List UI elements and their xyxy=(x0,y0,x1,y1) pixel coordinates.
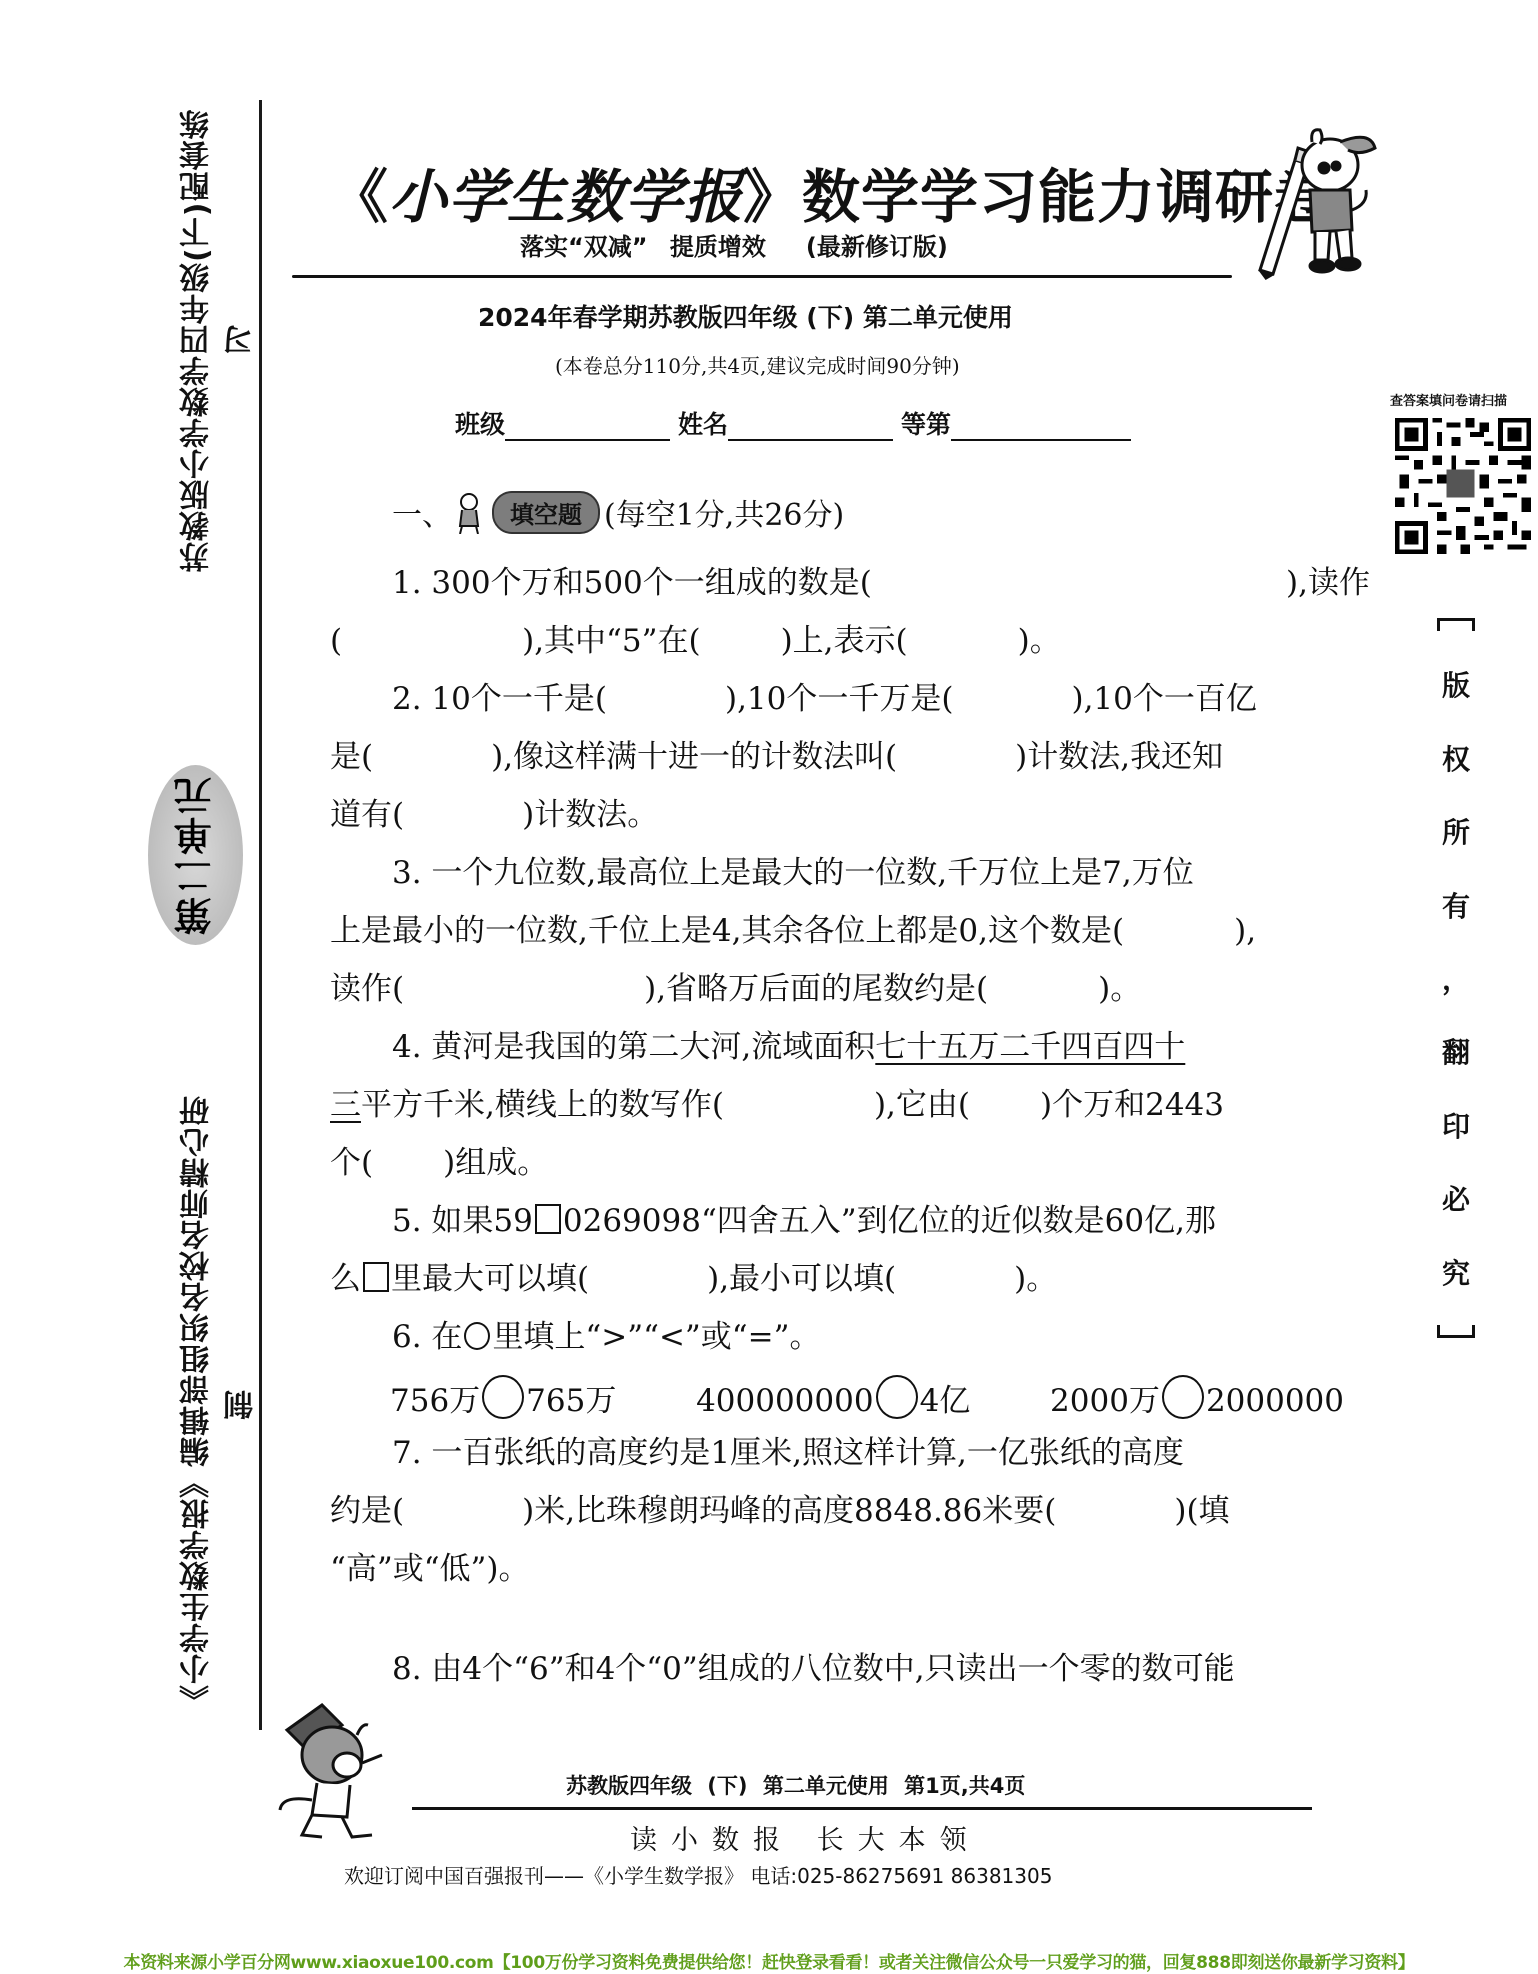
compare-right: 2000000 xyxy=(1206,1383,1344,1419)
digit-box-reference xyxy=(363,1262,389,1292)
question-7-line-3: “高”或“低”)。 xyxy=(330,1549,1370,1589)
publisher-label-vertical: 《小学生数学报》编辑部组织名校名师精心研制 xyxy=(176,1085,264,1725)
copyright-char: ， xyxy=(1442,958,1470,998)
section-mascot-icon xyxy=(452,490,486,534)
field-grade-label: 等第 xyxy=(901,405,951,441)
field-name-input[interactable] xyxy=(728,411,893,441)
unit-badge: 第二单元 xyxy=(148,765,243,945)
q2-text: )计数法,我还知 xyxy=(1015,739,1223,775)
title-brand: 小学生数学报 xyxy=(389,163,743,231)
revision-label: (最新修订版) xyxy=(806,233,948,261)
copyright-char: 版 xyxy=(1442,664,1470,704)
question-4-line-3: 个()组成。 xyxy=(330,1143,1370,1183)
q5-text: ),最小可以填( xyxy=(707,1261,896,1297)
copyright-char: 有 xyxy=(1442,885,1470,925)
title-close-bracket: 》 xyxy=(743,163,802,231)
semester-info: 2024年春学期苏教版四年级 (下) 第二单元使用 xyxy=(478,298,1013,334)
exam-note: (本卷总分110分,共4页,建议完成时间90分钟) xyxy=(555,350,960,379)
source-watermark: 本资料来源小学百分网www.xiaoxue100.com【100万份学习资料免费… xyxy=(0,1948,1538,1973)
question-6-line-1: 6. 在里填上“>”“<”或“=”。 xyxy=(392,1317,1370,1357)
q7-text: )(填 xyxy=(1174,1493,1229,1529)
q1-text: )上,表示( xyxy=(781,623,908,659)
q3-text: )。 xyxy=(1098,971,1141,1007)
qr-code-icon[interactable] xyxy=(1395,416,1531,556)
question-1-line-2: (),其中“5”在()上,表示()。 xyxy=(330,621,1370,661)
footer-page-info: 苏教版四年级 (下) 第二单元使用 第1页,共4页 xyxy=(566,1770,1025,1800)
copyright-char: 必 xyxy=(1442,1178,1470,1218)
section-scoring: (每空1分,共26分) xyxy=(604,490,844,534)
q6-text: 里填上“>”“<”或“=”。 xyxy=(492,1319,820,1355)
question-2-line-2: 是(),像这样满十进一的计数法叫()计数法,我还知 xyxy=(330,737,1370,777)
field-class-input[interactable] xyxy=(505,411,670,441)
circle-icon xyxy=(464,1322,490,1350)
compare-circle-input[interactable] xyxy=(482,1375,524,1419)
q1-text: ),读作 xyxy=(1286,563,1370,603)
q6-text: 6. 在 xyxy=(392,1319,462,1355)
q7-text: 约是( xyxy=(330,1493,404,1529)
q4-text: 4. 黄河是我国的第二大河,流域面积 xyxy=(392,1029,875,1065)
question-2-line-3: 道有()计数法。 xyxy=(330,795,1370,835)
q4-underlined-number: 七十五万二千四百四十 xyxy=(875,1029,1185,1065)
q3-text: 读作( xyxy=(330,971,404,1007)
compare-left: 756万 xyxy=(390,1383,480,1419)
mascot-pencil-icon xyxy=(1240,120,1380,280)
bracket-bottom xyxy=(1437,1325,1475,1338)
q5-text: 里最大可以填( xyxy=(391,1261,589,1297)
comparison-pair: 4000000004亿 xyxy=(696,1383,980,1419)
q5-text: 5. 如果59 xyxy=(392,1203,533,1239)
q7-text: “高”或“低”)。 xyxy=(330,1551,530,1587)
bracket-top xyxy=(1437,618,1475,631)
field-name-label: 姓名 xyxy=(678,405,728,441)
q5-text: 0269098“四舍五入”到亿位的近似数是60亿,那 xyxy=(563,1203,1216,1239)
q3-text: ),省略万后面的尾数约是( xyxy=(644,971,988,1007)
section-heading: 一、 填空题 (每空1分,共26分) xyxy=(392,490,844,534)
margin-divider xyxy=(259,100,262,1730)
q3-text: 3. 一个九位数,最高位上是最大的一位数,千万位上是7,万位 xyxy=(392,855,1194,891)
copyright-char: 所 xyxy=(1442,811,1470,851)
header-divider xyxy=(292,275,1232,278)
subscribe-info: 欢迎订阅中国百强报刊——《小学生数学报》 电话:025-86275691 863… xyxy=(344,1860,1052,1889)
subtitle-slogan: 落实“双减” 提质增效 xyxy=(520,233,766,261)
q2-text: )计数法。 xyxy=(522,797,658,833)
question-3-line-2: 上是最小的一位数,千位上是4,其余各位上都是0,这个数是(), xyxy=(330,911,1370,951)
digit-box[interactable] xyxy=(535,1204,561,1234)
qr-label: 查答案填问卷请扫描 xyxy=(1390,390,1507,409)
q2-text: 是( xyxy=(330,739,373,775)
compare-circle-input[interactable] xyxy=(1162,1375,1204,1419)
q7-text: 7. 一百张纸的高度约是1厘米,照这样计算,一亿张纸的高度 xyxy=(392,1435,1184,1471)
q3-text: ), xyxy=(1234,913,1256,949)
compare-circle-input[interactable] xyxy=(876,1375,918,1419)
q2-text: ),10个一百亿 xyxy=(1071,681,1256,717)
title-open-bracket: 《 xyxy=(330,163,389,231)
q2-text: 2. 10个一千是( xyxy=(392,681,607,717)
section-number: 一、 xyxy=(392,490,452,534)
q5-text: 么 xyxy=(330,1261,361,1297)
q4-text: 个( xyxy=(330,1145,373,1181)
question-5-line-2: 么里最大可以填(),最小可以填()。 xyxy=(330,1259,1370,1299)
copyright-notice: 版 权 所 有 ， 翻 印 必 究 xyxy=(1438,618,1474,1338)
q2-text: 道有( xyxy=(330,797,404,833)
footer-divider xyxy=(412,1807,1312,1810)
q5-text: )。 xyxy=(1014,1261,1057,1297)
question-2-line-1: 2. 10个一千是(),10个一千万是(),10个一百亿 xyxy=(392,679,1370,719)
student-info-fields: 班级 姓名 等第 xyxy=(455,405,1139,441)
question-7-line-2: 约是()米,比珠穆朗玛峰的高度8848.86米要()(填 xyxy=(330,1491,1370,1531)
q8-text: 8. 由4个“6”和4个“0”组成的八位数中,只读出一个零的数可能 xyxy=(392,1651,1235,1687)
section-badge: 填空题 xyxy=(492,491,600,534)
question-8-line-1: 8. 由4个“6”和4个“0”组成的八位数中,只读出一个零的数可能 xyxy=(392,1649,1370,1689)
mascot-cat-icon xyxy=(262,1695,392,1845)
q7-text: )米,比珠穆朗玛峰的高度8848.86米要( xyxy=(522,1493,1056,1529)
q4-text: 平方千米,横线上的数写作( xyxy=(361,1087,724,1123)
question-1-line-1: 1. 300个万和500个一组成的数是( ),读作 xyxy=(392,563,1370,603)
copyright-char: 翻 xyxy=(1442,1031,1470,1071)
question-3-line-3: 读作(),省略万后面的尾数约是()。 xyxy=(330,969,1370,1009)
series-label-vertical: 苏教版小学数学四年级(下)配套练习 xyxy=(176,100,264,580)
q1-text: 1. 300个万和500个一组成的数是( xyxy=(392,563,872,603)
compare-left: 2000万 xyxy=(1050,1383,1160,1419)
q4-underlined-number: 三 xyxy=(330,1087,361,1123)
copyright-char: 印 xyxy=(1442,1105,1470,1145)
unit-badge-label: 第二单元 xyxy=(168,775,223,935)
field-grade-input[interactable] xyxy=(951,411,1131,441)
q3-text: 上是最小的一位数,千位上是4,其余各位上都是0,这个数是( xyxy=(330,913,1124,949)
question-3-line-1: 3. 一个九位数,最高位上是最大的一位数,千万位上是7,万位 xyxy=(392,853,1370,893)
q4-text: ),它由( xyxy=(874,1087,970,1123)
q4-text: )组成。 xyxy=(443,1145,548,1181)
compare-right: 4亿 xyxy=(920,1383,971,1419)
compare-right: 765万 xyxy=(526,1383,616,1419)
question-4-line-2: 三平方千米,横线上的数写作(),它由()个万和2443 xyxy=(330,1085,1370,1125)
question-4-line-1: 4. 黄河是我国的第二大河,流域面积七十五万二千四百四十 xyxy=(392,1027,1370,1067)
compare-left: 400000000 xyxy=(696,1383,874,1419)
q1-text: ),其中“5”在( xyxy=(522,623,700,659)
copyright-char: 权 xyxy=(1442,738,1470,778)
page-title: 《小学生数学报》数学学习能力调研卷 xyxy=(330,150,1333,234)
question-7-line-1: 7. 一百张纸的高度约是1厘米,照这样计算,一亿张纸的高度 xyxy=(392,1433,1370,1473)
q1-text: )。 xyxy=(1018,623,1061,659)
copyright-char: 究 xyxy=(1442,1252,1470,1292)
question-5-line-1: 5. 如果590269098“四舍五入”到亿位的近似数是60亿,那 xyxy=(392,1201,1370,1241)
footer-slogan: 读小数报 长大本领 xyxy=(630,1818,981,1857)
subtitle: 落实“双减” 提质增效(最新修订版) xyxy=(520,227,948,262)
q2-text: ),像这样满十进一的计数法叫( xyxy=(491,739,897,775)
field-class-label: 班级 xyxy=(455,405,505,441)
q2-text: ),10个一千万是( xyxy=(725,681,954,717)
question-6-comparisons: 756万765万 4000000004亿 2000万2000000 xyxy=(390,1375,1370,1421)
q4-text: )个万和2443 xyxy=(1040,1087,1224,1123)
q1-text: ( xyxy=(330,623,342,659)
comparison-pair: 2000万2000000 xyxy=(1050,1383,1344,1419)
comparison-pair: 756万765万 xyxy=(390,1383,626,1419)
